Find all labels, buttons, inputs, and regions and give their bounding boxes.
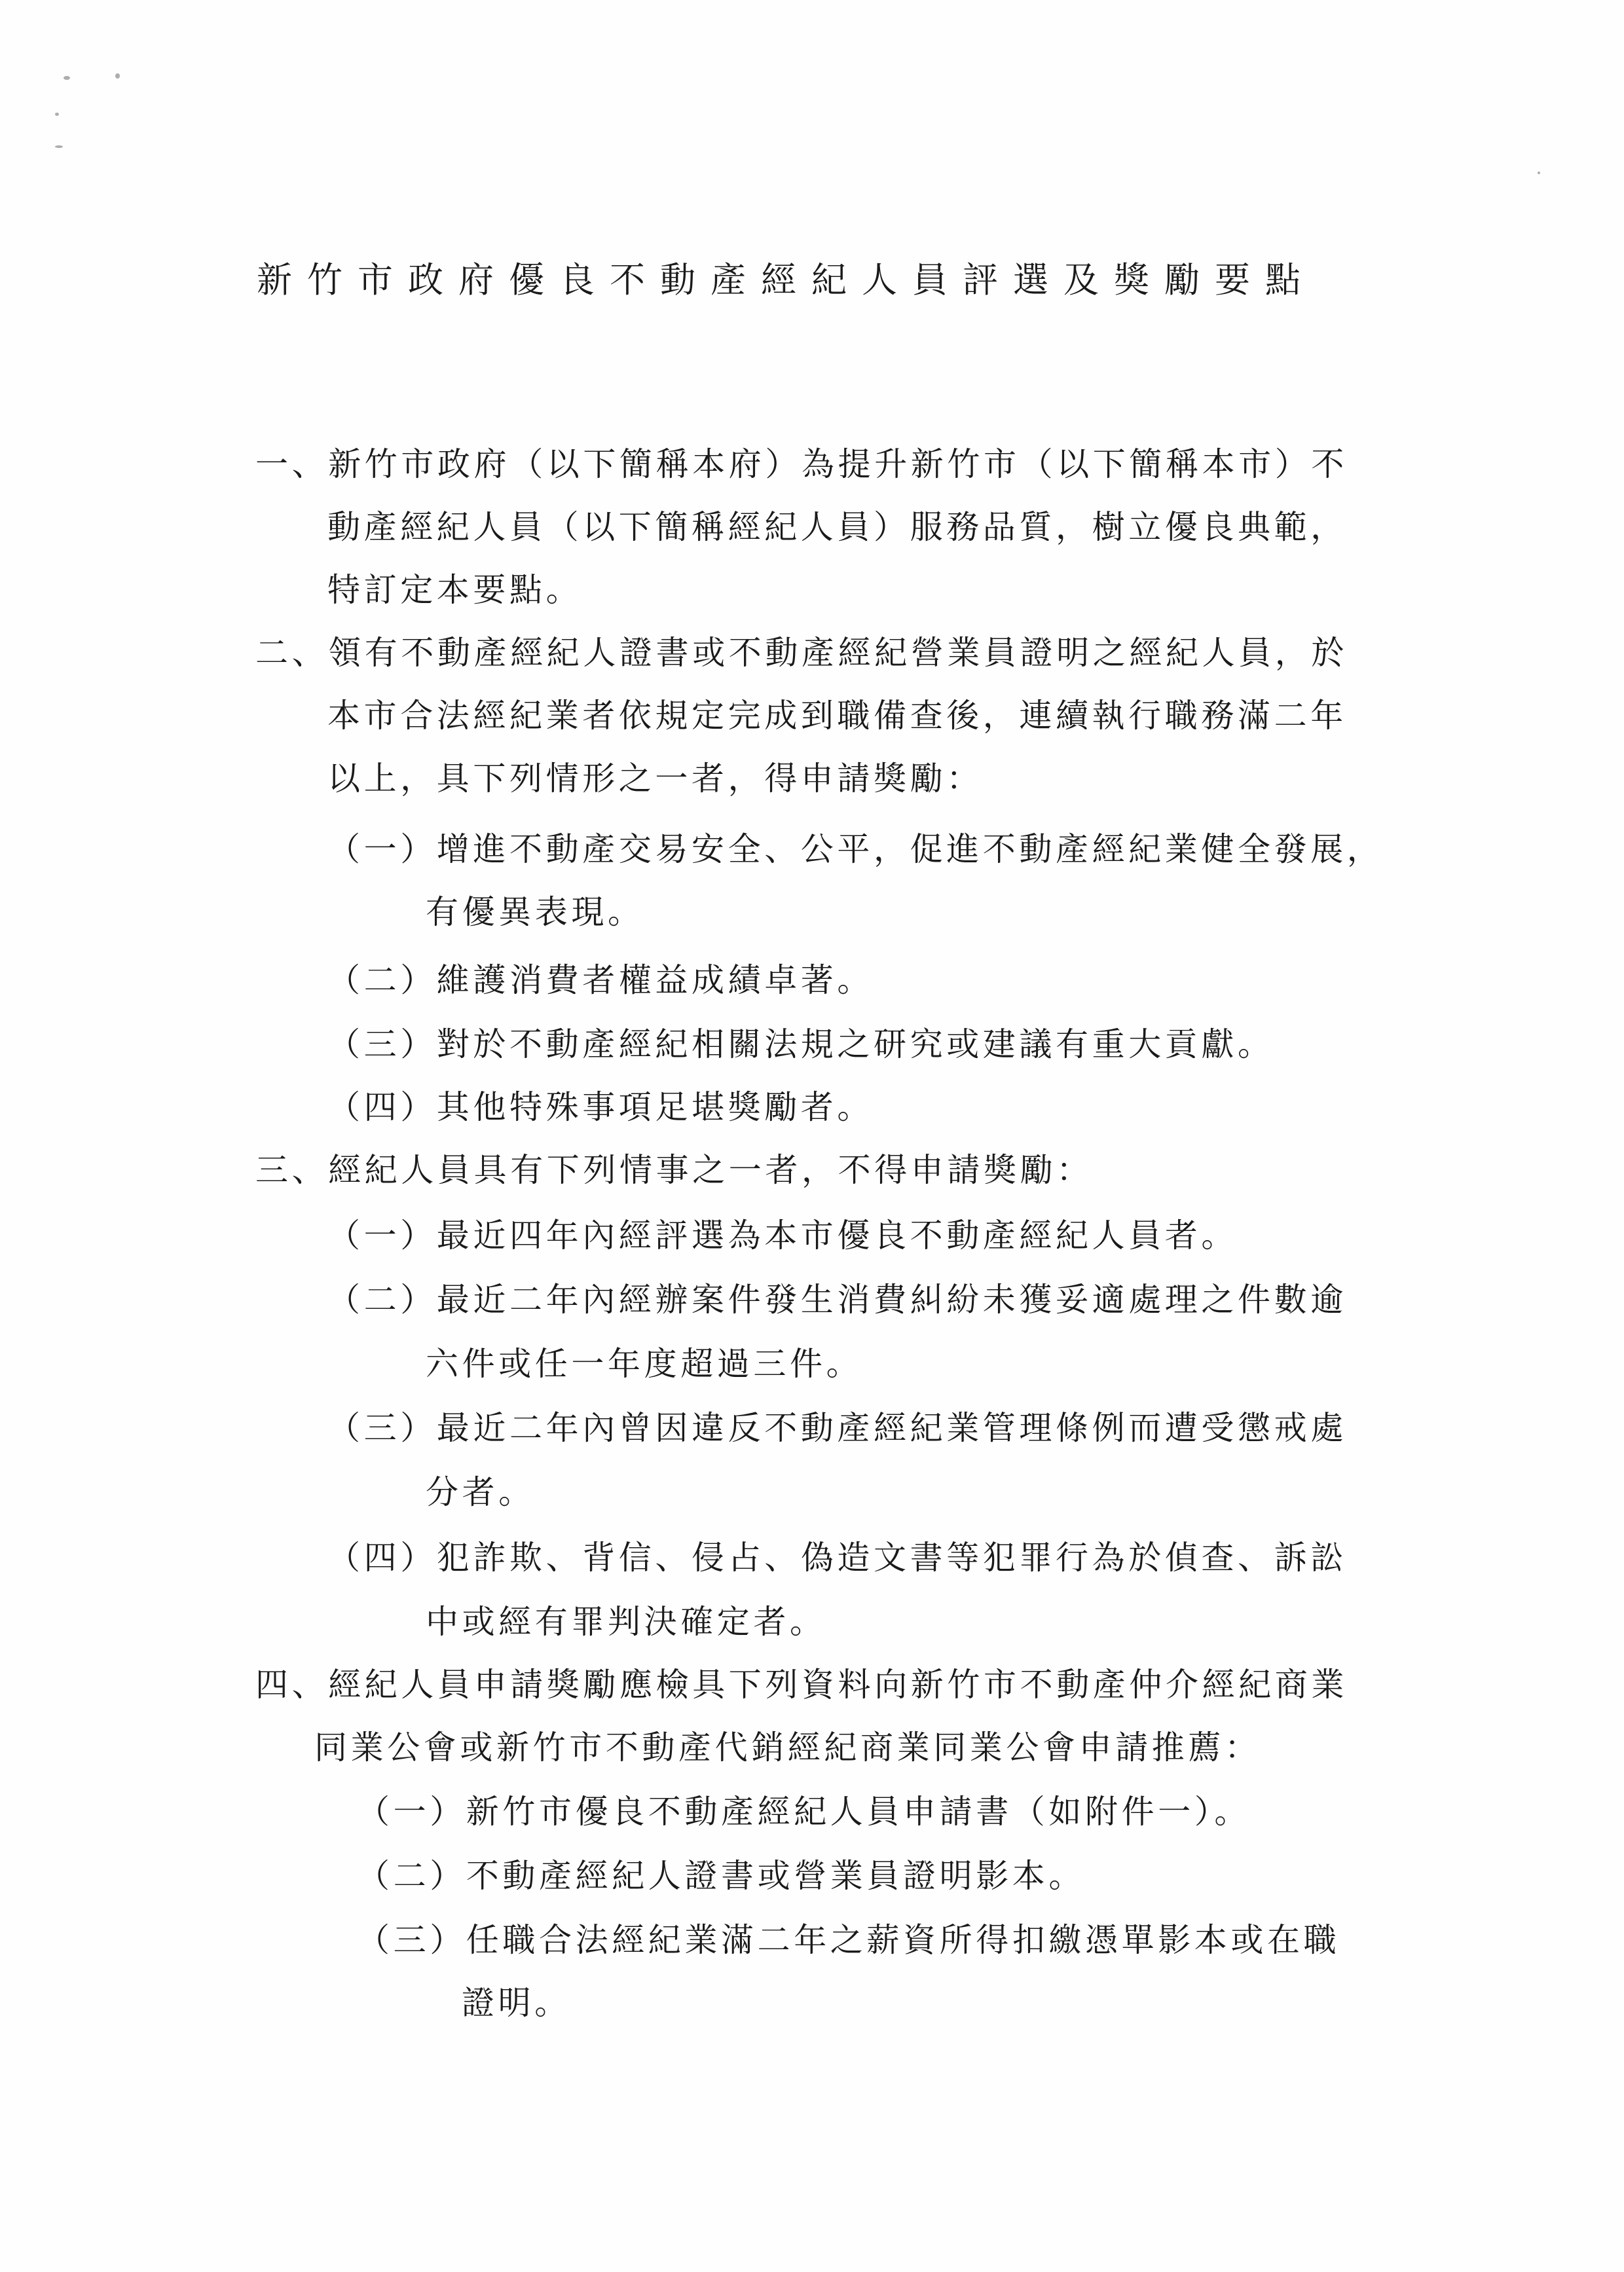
section-2-line-3: 以上，具下列情形之一者，得申請獎勵： xyxy=(327,756,983,801)
section-4-item-3-line-1: （三）任職合法經紀業滿二年之薪資所得扣繳憑單影本或在職 xyxy=(357,1917,1340,1963)
section-3-item-2-line-2: 六件或任一年度超過三件。 xyxy=(426,1341,862,1387)
section-4-line-2: 同業公會或新竹市不動產代銷經紀商業同業公會申請推薦： xyxy=(314,1725,1261,1770)
section-2-item-3: （三）對於不動產經紀相關法規之研究或建議有重大貢獻。 xyxy=(327,1021,1274,1067)
section-1-line-2: 動產經紀人員（以下簡稱經紀人員）服務品質，樹立優良典範， xyxy=(327,504,1347,550)
section-4-item-1: （一）新竹市優良不動產經紀人員申請書（如附件一）。 xyxy=(357,1789,1251,1835)
section-3-item-4-line-2: 中或經有罪判決確定者。 xyxy=(426,1599,826,1645)
scan-speck xyxy=(115,73,120,79)
section-4-line-1: 四、經紀人員申請獎勵應檢具下列資料向新竹市不動產仲介經紀商業 xyxy=(255,1662,1348,1708)
section-3-item-3-line-1: （三）最近二年內曾因違反不動產經紀業管理條例而遭受懲戒處 xyxy=(327,1405,1347,1451)
section-2-item-1-line-2: 有優異表現。 xyxy=(426,889,644,935)
section-2-line-2: 本市合法經紀業者依規定完成到職備查後，連續執行職務滿二年 xyxy=(327,693,1347,739)
section-2-item-1-line-1: （一）增進不動產交易安全、公平，促進不動產經紀業健全發展， xyxy=(327,826,1383,872)
section-3-item-2-line-1: （二）最近二年內經辦案件發生消費糾紛未獲妥適處理之件數逾 xyxy=(327,1277,1347,1323)
scanned-document-page: 新竹市政府優良不動產經紀人員評選及獎勵要點 一、新竹市政府（以下簡稱本府）為提升… xyxy=(0,0,1624,2272)
section-4-item-2: （二）不動產經紀人證書或營業員證明影本。 xyxy=(357,1853,1085,1899)
section-4-item-3-line-2: 證明。 xyxy=(462,1980,571,2026)
section-2-line-1: 二、領有不動產經紀人證書或不動產經紀營業員證明之經紀人員，於 xyxy=(255,630,1348,676)
document-title: 新竹市政府優良不動產經紀人員評選及獎勵要點 xyxy=(257,254,1316,306)
scan-speck xyxy=(55,145,63,148)
scan-speck xyxy=(64,76,70,80)
section-1-line-1: 一、新竹市政府（以下簡稱本府）為提升新竹市（以下簡稱本市）不 xyxy=(255,441,1348,487)
section-2-item-4: （四）其他特殊事項足堪獎勵者。 xyxy=(327,1084,874,1130)
section-3-line-1: 三、經紀人員具有下列情事之一者，不得申請獎勵： xyxy=(255,1147,1093,1193)
section-3-item-3-line-2: 分者。 xyxy=(426,1469,535,1515)
scan-speck xyxy=(55,113,59,116)
section-2-item-2: （二）維護消費者權益成績卓著。 xyxy=(327,957,874,1003)
scan-speck xyxy=(1538,172,1540,174)
section-1-line-3: 特訂定本要點。 xyxy=(327,567,582,613)
section-3-item-4-line-1: （四）犯詐欺、背信、侵占、偽造文書等犯罪行為於偵查、訴訟 xyxy=(327,1535,1347,1581)
section-3-item-1: （一）最近四年內經評選為本市優良不動產經紀人員者。 xyxy=(327,1213,1238,1258)
